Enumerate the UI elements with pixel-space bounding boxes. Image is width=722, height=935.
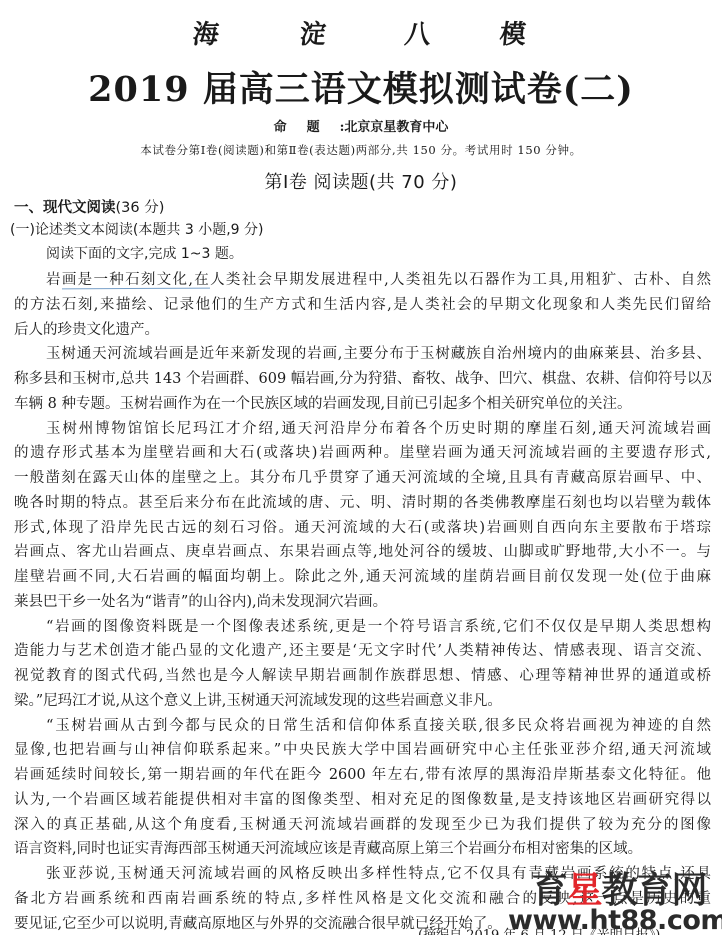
passage-line: 岩画点、客尤山岩画点、庚卓岩画点、东果岩画点等,地处河谷的缓坡、山脚或旷野地带,… xyxy=(14,540,711,565)
passage-line: 形式,体现了沿岸先民古远的刻石习俗。通天河流域的大石(或落块)岩画则自西向东主要… xyxy=(14,516,711,541)
passage-line: 的方法石刻,来描绘、记录他们的生产方式和生活内容,是人类社会的早期文化现象和人类… xyxy=(14,293,711,318)
passage-line: 视觉教育的图式代码,当然也是今人解读早期岩画制作族群思想、情感、心理等精神世界的… xyxy=(14,664,711,689)
reading-instruction: 阅读下面的文字,完成 1~3 题。 xyxy=(46,243,243,263)
author-label: 命题 xyxy=(274,120,340,135)
passage-line: “岩画的图像资料既是一个图像表述系统,更是一个符号语言系统,它们不仅仅是早期人类… xyxy=(14,615,711,640)
header-char: 海 xyxy=(191,14,221,51)
passage-line: 深入的真正基础,从这个角度看,玉树通天河流域岩画群的发现至少已为我们提供了较为充… xyxy=(14,813,711,838)
passage-line: 认为,一个岩画区域若能提供相对丰富的图像类型、相对充足的图像数量,是支持该地区岩… xyxy=(14,788,711,813)
passage-line: 的遗存形式基本为崖壁岩画和大石(或落块)岩画两种。崖壁岩画为通天河流域岩画的主要… xyxy=(14,441,711,466)
part-heading-label: 一、现代文阅读 xyxy=(14,200,116,216)
header-char: 模 xyxy=(498,14,528,51)
author-line: 命题:北京京星教育中心 xyxy=(0,116,722,135)
subpart-heading: (一)论述类文本阅读(本题共 3 小题,9 分) xyxy=(10,219,263,239)
passage-line: 备北方岩画系统和西南岩画系统的特点,多样性风格是文化交流和融合的反映,这一点是历… xyxy=(14,887,711,912)
passage-line: 莱县巴干乡一处名为“谐青”的山谷内),尚未发现洞穴岩画。 xyxy=(14,590,711,615)
passage-line: 岩画延续时间较长,第一期岩画的年代在距今 2600 年左右,带有浓厚的黑海沿岸斯… xyxy=(14,763,711,788)
passage-line: 玉树通天河流域岩画是近年来新发现的岩画,主要分布于玉树藏族自治州境内的曲麻莱县、… xyxy=(14,342,711,367)
source-citation: (摘编自 2019 年 6 月 12 日《光明日报》) xyxy=(418,924,660,935)
passage-line: 后人的珍贵文化遗产。 xyxy=(14,318,711,343)
header-char: 淀 xyxy=(298,14,328,51)
passage-line: 称多县和玉树市,总共 143 个岩画群、609 幅岩画,分为狩猎、畜牧、战争、凹… xyxy=(14,367,711,392)
section-title: 第Ⅰ卷 阅读题(共 70 分) xyxy=(0,168,722,194)
header-char: 八 xyxy=(403,14,433,51)
passage-line: 一般凿刻在露天山体的崖壁之上。其分布几乎贯穿了通天河流域的全境,且具有青藏高原岩… xyxy=(14,466,711,491)
part-score: (36 分) xyxy=(116,200,165,216)
exam-series-header: 海 淀 八 模 xyxy=(0,14,722,48)
exam-info: 本试卷分第Ⅰ卷(阅读题)和第Ⅱ卷(表达题)两部分,共 150 分。考试用时 15… xyxy=(0,142,722,158)
passage-line: 造能力与艺术创造才能凸显的文化遗产,还主要是‘无文字时代’人类精神传达、情感表现… xyxy=(14,639,711,664)
passage-line: 崖壁岩画不同,大石岩画的幅面均朝上。除此之外,通天河流域的崖荫岩画目前仅发现一处… xyxy=(14,565,711,590)
passage-line: 语言资料,同时也证实青海西部玉树通天河流域应该是青藏高原上第三个岩画分布相对密集… xyxy=(14,837,711,862)
passage-line: 车辆 8 种专题。玉树岩画作为在一个民族区域的岩画发现,目前已引起多个相关研究单… xyxy=(14,392,711,417)
passage-line: 张亚莎说,玉树通天河流域岩画的风格反映出多样性特点,它不仅具有青藏岩画系统的特点… xyxy=(14,862,711,887)
author-value: :北京京星教育中心 xyxy=(340,120,449,135)
passage-line: “玉树岩画从古到今都与民众的日常生活和信仰体系直接关联,很多民众将岩画视为神迹的… xyxy=(14,714,711,739)
part-heading: 一、现代文阅读(36 分) xyxy=(14,196,164,217)
reading-passage: 岩画是一种石刻文化,在人类社会早期发展进程中,人类祖先以石器作为工具,用粗犷、古… xyxy=(14,268,711,935)
exam-title: 2019 届高三语文模拟测试卷(二) xyxy=(0,62,722,112)
passage-line: 玉树州博物馆馆长尼玛江才介绍,通天河沿岸分布着各个历史时期的摩崖石刻,通天河流域… xyxy=(14,417,711,442)
passage-line: 显像,也把岩画与山神信仰联系起来。”中央民族大学中国岩画研究中心主任张亚莎介绍,… xyxy=(14,738,711,763)
passage-line: 梁。”尼玛江才说,从这个意义上讲,玉树通天河流域发现的这些岩画意义非凡。 xyxy=(14,689,711,714)
passage-line: 晚各时期的特点。甚至后来分布在此流域的唐、元、明、清时期的各类佛教摩崖石刻也均以… xyxy=(14,491,711,516)
exam-page: 海 淀 八 模 2019 届高三语文模拟测试卷(二) 命题:北京京星教育中心 本… xyxy=(0,0,722,935)
